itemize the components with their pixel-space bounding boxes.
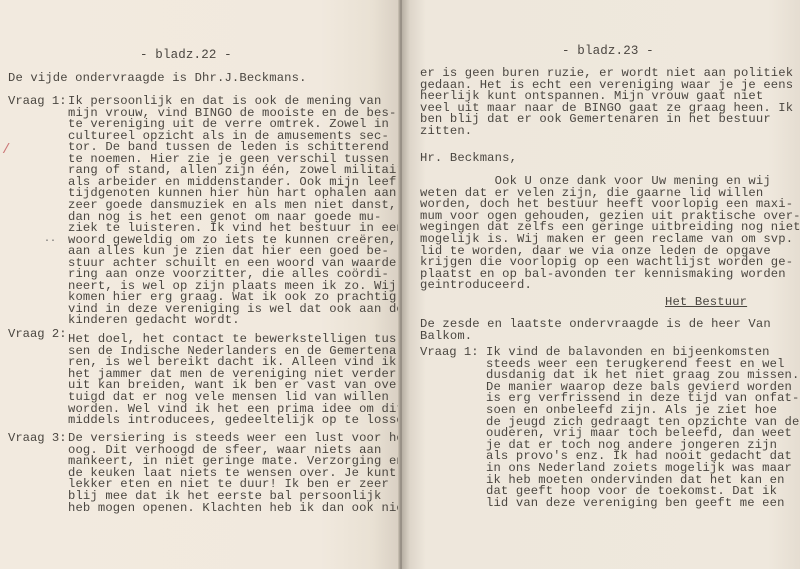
question-label-1-van-balkom: Vraag 1: — [420, 346, 479, 359]
question-label-1: Vraag 1: — [8, 95, 67, 108]
question-label-2: Vraag 2: — [8, 328, 67, 341]
signature: Het Bestuur — [665, 296, 747, 309]
text-line: De zesde en laatste ondervraagde is de h… — [420, 318, 771, 331]
intro-beckmans: De vijde ondervraagde is Dhr.J.Beckmans. — [8, 72, 307, 85]
text-line: heb mogen openen. Klachten heb ik dan oo… — [68, 502, 400, 515]
text-line: zitten. — [420, 125, 472, 138]
right-page: - bladz.23 - er is geen buren ruzie, er … — [402, 0, 800, 569]
page-header-22: - bladz.22 - — [140, 49, 232, 62]
question-label-3: Vraag 3: — [8, 432, 67, 445]
text-line: middels introducees, gedeeltelijk op te … — [68, 414, 400, 427]
text-line: kinderen gedacht wordt. — [68, 314, 240, 327]
text-line: Balkom. — [420, 330, 472, 343]
left-page: - bladz.22 - De vijde ondervraagde is Dh… — [0, 0, 400, 569]
page-header-23: - bladz.23 - — [562, 45, 654, 58]
text-line: lid van deze vereniging ben geeft me een — [486, 497, 785, 510]
text-line: ben blij dat er ook Gemertenaren in het … — [420, 113, 771, 126]
margin-dots: ·· — [44, 236, 56, 247]
salutation: Hr. Beckmans, — [420, 152, 517, 165]
red-margin-mark: / — [2, 142, 10, 158]
text-line: geintroduceerd. — [420, 279, 532, 292]
